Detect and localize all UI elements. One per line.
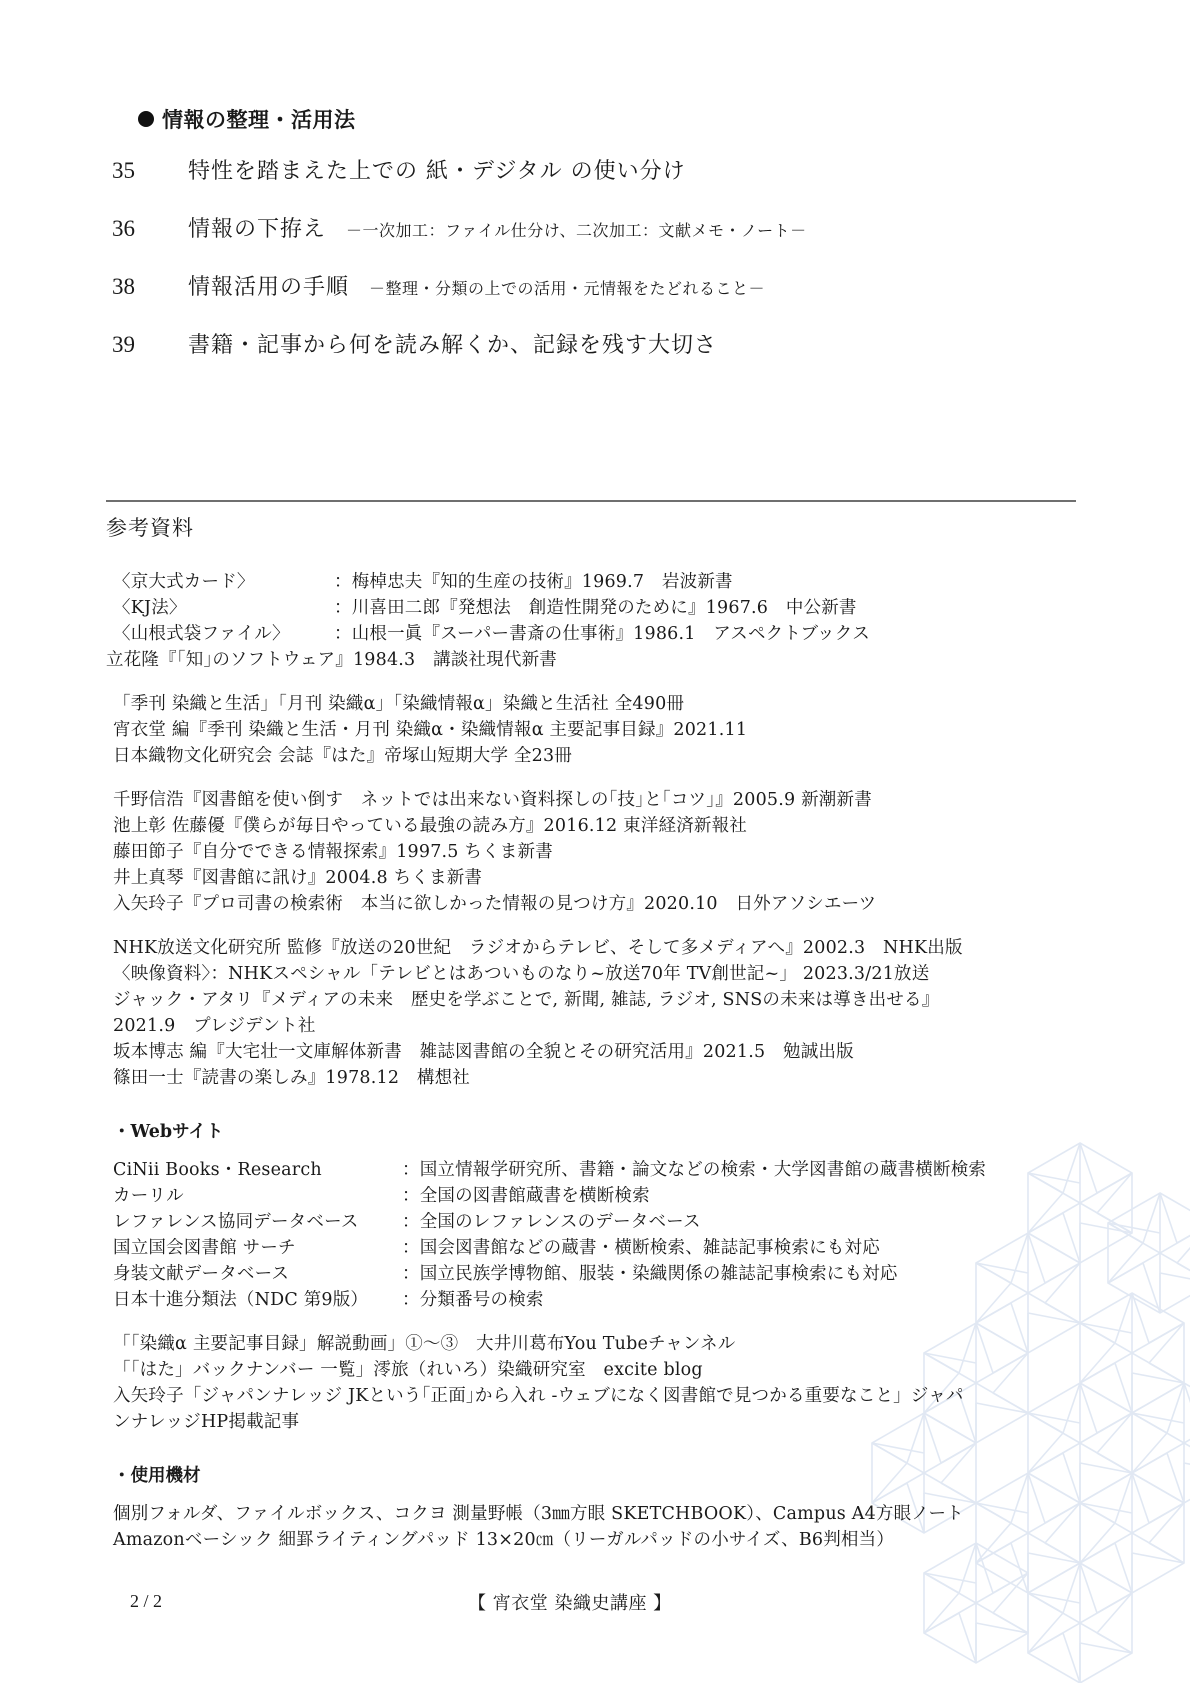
method-name: 〈京大式カード〉 <box>113 568 334 593</box>
reference-item: NHK放送文化研究所 監修『放送の20世紀 ラジオからテレビ、そして多メディアへ… <box>113 934 963 959</box>
reference-item: 日本織物文化研究会 会誌『はた』帝塚山短期大学 全23冊 <box>113 742 572 767</box>
reference-item: 入矢玲子「ジャパンナレッジ JKという｢正面｣から入れ -ウェブになく図書館で見… <box>113 1382 964 1407</box>
page-number: 2 / 2 <box>130 1591 162 1612</box>
website-description: ：分類番号の検索 <box>402 1286 544 1311</box>
reference-item: 立花隆『｢知｣のソフトウェア』1984.3 講談社現代新書 <box>106 646 557 671</box>
website-name: レファレンス協同データベース <box>113 1208 402 1233</box>
topic-subtitle: －整理・分類の上での活用・元情報をたどれること－ <box>369 276 765 299</box>
topic-number: 36 <box>112 216 188 242</box>
equipment-item: Amazonベーシック 細罫ライティングパッド 13×20㎝（リーガルパッドの小… <box>113 1526 894 1551</box>
method-source: ：梅棹忠夫『知的生産の技術』1969.7 岩波新書 <box>334 568 733 593</box>
reference-item: 千野信浩『図書館を使い倒す ネットでは出来ない資料探しの｢技｣と｢コツ｣』200… <box>113 786 872 811</box>
reference-item: ジャック・アタリ『メディアの未来 歴史を学ぶことで, 新聞, 雑誌, ラジオ, … <box>113 986 939 1011</box>
website-item: CiNii Books・Research ：国立情報学研究所、書籍・論文などの検… <box>113 1156 986 1181</box>
reference-item: 宵衣堂 編『季刊 染織と生活・月刊 染織α・染織情報α 主要記事目録』2021.… <box>113 716 747 741</box>
topic-item: 38 情報活用の手順 －整理・分類の上での活用・元情報をたどれること－ <box>112 270 765 301</box>
method-source: ：川喜田二郎『発想法 創造性開発のために』1967.6 中公新書 <box>334 594 857 619</box>
reference-item: 池上彰 佐藤優『僕らが毎日やっている最強の読み方』2016.12 東洋経済新報社 <box>113 812 747 837</box>
reference-item: 篠田一士『読書の楽しみ』1978.12 構想社 <box>113 1064 470 1089</box>
website-item: 身装文献データベース ：国立民族学博物館、服装・染織関係の雑誌記事検索にも対応 <box>113 1260 898 1285</box>
reference-method: 〈山根式袋ファイル〉 ：山根一眞『スーパー書斎の仕事術』1986.1 アスペクト… <box>113 620 870 645</box>
reference-item: 坂本博志 編『大宅壮一文庫解体新書 雑誌図書館の全貌とその研究活用』2021.5… <box>113 1038 854 1063</box>
topic-item: 36 情報の下拵え －一次加工：ファイル仕分け、二次加工：文献メモ・ノート－ <box>112 212 807 243</box>
website-item: レファレンス協同データベース ：全国のレファレンスのデータベース <box>113 1208 701 1233</box>
topic-item: 39 書籍・記事から何を読み解くか、記録を残す大切さ <box>112 328 717 359</box>
method-source: ：山根一眞『スーパー書斎の仕事術』1986.1 アスペクトブックス <box>334 620 870 645</box>
websites-heading: ・Webサイト <box>113 1118 223 1143</box>
reference-item: 入矢玲子『プロ司書の検索術 本当に欲しかった情報の見つけ方』2020.10 日外… <box>113 890 876 915</box>
reference-item: 〈映像資料〉：NHKスペシャル「テレビとはあついものなり~放送70年 TV創世記… <box>113 960 929 985</box>
equipment-heading: ・使用機材 <box>113 1462 201 1487</box>
website-description: ：全国の図書館蔵書を横断検索 <box>402 1182 650 1207</box>
website-item: 国立国会図書館 サーチ ：国会図書館などの蔵書・横断検索、雑誌記事検索にも対応 <box>113 1234 880 1259</box>
website-description: ：全国のレファレンスのデータベース <box>402 1208 701 1233</box>
reference-item: 「「はた」バックナンバー 一覧」澪旅（れいろ）染織研究室 excite blog <box>113 1356 703 1381</box>
website-name: 国立国会図書館 サーチ <box>113 1234 402 1259</box>
reference-item: 井上真琴『図書館に訊け』2004.8 ちくま新書 <box>113 864 482 889</box>
section-divider <box>106 500 1076 502</box>
website-name: CiNii Books・Research <box>113 1156 402 1181</box>
reference-item: 藤田節子『自分でできる情報探索』1997.5 ちくま新書 <box>113 838 553 863</box>
reference-item: 2021.9 プレジデント社 <box>113 1012 316 1037</box>
reference-item: ンナレッジHP掲載記事 <box>113 1408 299 1433</box>
website-item: カーリル ：全国の図書館蔵書を横断検索 <box>113 1182 650 1207</box>
section-heading: 情報の整理・活用法 <box>138 104 356 134</box>
reference-method: 〈京大式カード〉 ：梅棹忠夫『知的生産の技術』1969.7 岩波新書 <box>113 568 733 593</box>
topic-title: 情報活用の手順 <box>188 270 349 301</box>
website-description: ：国会図書館などの蔵書・横断検索、雑誌記事検索にも対応 <box>402 1234 880 1259</box>
document-page: 情報の整理・活用法 35 特性を踏まえた上での 紙・デジタル の使い分け 36 … <box>0 0 1190 1683</box>
bullet-circle-icon <box>138 111 154 127</box>
footer-title: 【 宵衣堂 染織史講座 】 <box>468 1589 672 1615</box>
website-name: カーリル <box>113 1182 402 1207</box>
section-title: 情報の整理・活用法 <box>162 104 356 134</box>
references-heading: 参考資料 <box>106 512 194 542</box>
method-name: 〈KJ法〉 <box>113 594 334 619</box>
reference-item: 「「染織α 主要記事目録」解説動画」①～③ 大井川葛布You Tubeチャンネル <box>113 1330 735 1355</box>
website-item: 日本十進分類法（NDC 第9版） ：分類番号の検索 <box>113 1286 544 1311</box>
topic-item: 35 特性を踏まえた上での 紙・デジタル の使い分け <box>112 154 686 185</box>
website-description: ：国立民族学博物館、服装・染織関係の雑誌記事検索にも対応 <box>402 1260 898 1285</box>
reference-item: 「季刊 染織と生活」「月刊 染織α」「染織情報α」染織と生活社 全490冊 <box>113 690 684 715</box>
topic-number: 38 <box>112 274 188 300</box>
topic-title: 特性を踏まえた上での 紙・デジタル の使い分け <box>188 154 686 185</box>
topic-title: 情報の下拵え <box>188 212 326 243</box>
website-name: 身装文献データベース <box>113 1260 402 1285</box>
website-name: 日本十進分類法（NDC 第9版） <box>113 1286 402 1311</box>
topic-number: 35 <box>112 158 188 184</box>
equipment-item: 個別フォルダ、ファイルボックス、コクヨ 測量野帳（3㎜方眼 SKETCHBOOK… <box>113 1500 964 1525</box>
method-name: 〈山根式袋ファイル〉 <box>113 620 334 645</box>
topic-subtitle: －一次加工：ファイル仕分け、二次加工：文献メモ・ノート－ <box>346 218 807 241</box>
topic-number: 39 <box>112 332 188 358</box>
topic-title: 書籍・記事から何を読み解くか、記録を残す大切さ <box>188 328 717 359</box>
reference-method: 〈KJ法〉 ：川喜田二郎『発想法 創造性開発のために』1967.6 中公新書 <box>113 594 857 619</box>
website-description: ：国立情報学研究所、書籍・論文などの検索・大学図書館の蔵書横断検索 <box>402 1156 986 1181</box>
